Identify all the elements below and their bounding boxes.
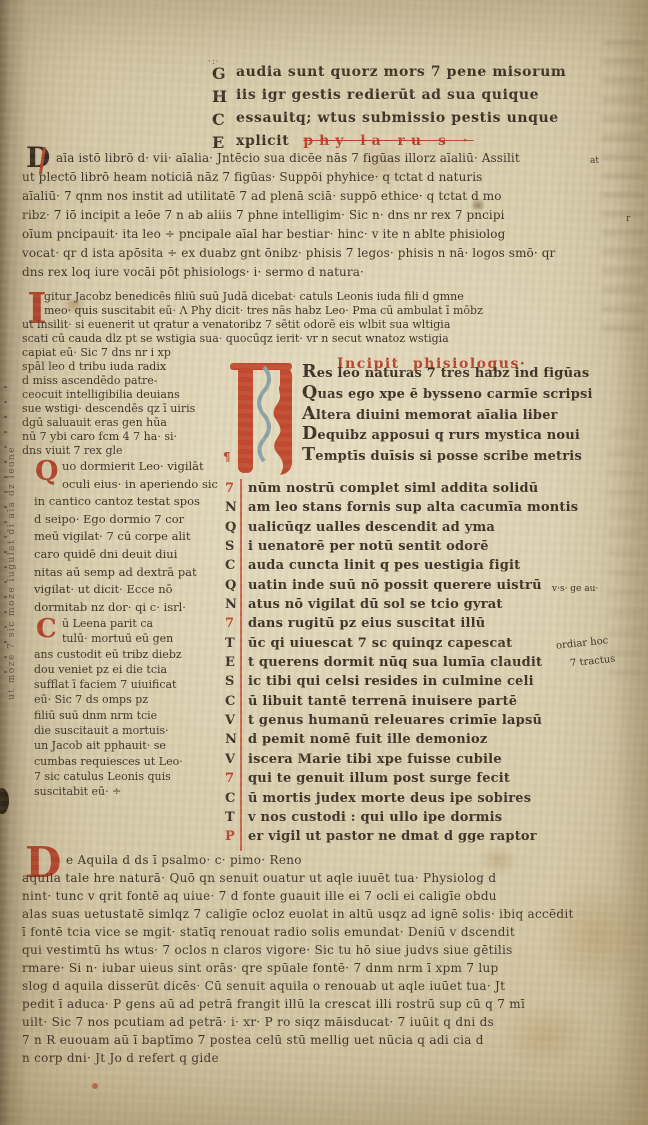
- explicit-red-title: phy la ru s ·: [303, 133, 473, 149]
- verse-line-initial: H: [212, 87, 236, 106]
- versal-letter: V: [225, 752, 239, 767]
- gloss-line: ribz· 7 iō incipit a leōe 7 n ab aliis 7…: [22, 206, 642, 225]
- verse-line-initial: G: [212, 64, 236, 83]
- versal-letter: Q: [225, 520, 239, 535]
- verse-line-text: ualicūqz ualles descendit ad yma: [239, 520, 495, 535]
- verse-line-initial: C: [212, 110, 236, 129]
- margin-note: at: [590, 156, 599, 166]
- verse-line-text: iis igr gestis redierūt ad sua quique: [236, 87, 539, 103]
- verse-line-text: ūc qi uiuescat 7 sc quinqz capescat: [239, 636, 512, 651]
- verse-line: C ū mortis judex morte deus ipe sobires: [225, 791, 578, 810]
- text-line: uo dormierit Leo· vigilāt: [34, 458, 236, 476]
- text-line: ī fontē tcia vice se mgit· statīq renoua…: [22, 923, 644, 941]
- gloss-paragraph: aīa istō librō d· vii· aīalia· Jntēcio s…: [22, 149, 642, 282]
- versal-letter: E: [225, 655, 239, 670]
- text-line: meū vigilat· 7 cū corpe alit: [34, 528, 236, 546]
- text-line: 7 sic catulus Leonis quis: [34, 769, 236, 784]
- text-line: vigilat· ut dicit· Ecce nō: [34, 581, 236, 599]
- verse-line-text: qui te genuit illum post surge fecit: [239, 771, 510, 786]
- verse-line: H iis igr gestis redierūt ad sua quique: [212, 87, 566, 110]
- text-line: cumbas requiesces ut Leo·: [34, 754, 236, 769]
- text-line: die suscitauit a mortuis·: [34, 723, 236, 738]
- bottom-paragraph-aquila: e Aquila d ds ī psalmo· c· pimo· Renoaqu…: [22, 851, 644, 1067]
- margin-note: v·s· ge au·: [552, 584, 598, 594]
- verse-line-text: iscera Marie tibi xpe fuisse cubile: [239, 752, 502, 767]
- verse-line: T v nos custodi : qui ullo ipe dormis: [225, 810, 578, 829]
- vertical-marginalia: ut moze 7 sic moze iugulat di aīa dz leo…: [7, 400, 17, 700]
- text-line: capiat eū· Sic 7 dns nr i xp: [22, 346, 640, 360]
- versal-letter: 7: [225, 616, 239, 631]
- verse-line-text: i uenatorē per notū sentit odorē: [239, 539, 489, 554]
- verse-line-text: uatin inde suū nō possit querere uistrū: [239, 578, 542, 593]
- text-line: aquila tale hre naturā· Quō qn senuit ou…: [22, 869, 644, 887]
- verse-line: C ū libuit tantē terrenā inuisere partē: [225, 694, 578, 713]
- verse-line-text: ū libuit tantē terrenā inuisere partē: [239, 694, 517, 709]
- versal-letter: C: [225, 791, 239, 806]
- versal-letter: N: [225, 597, 239, 612]
- text-line: un Jacob ait pphauit· se: [34, 738, 236, 753]
- text-line: n corp dni· Jt Jo d refert q gide: [22, 1049, 644, 1067]
- verse-line: G audia sunt quorz mors 7 pene misorum: [212, 64, 566, 87]
- text-line: in cantico cantoz testat spos: [34, 493, 236, 511]
- text-line: ans custodit eū tribz diebz: [34, 647, 236, 662]
- text-line: qui vestimtū hs wtus· 7 oclos n claros v…: [22, 941, 644, 959]
- gloss-line: vocat· qr d ista apōsita ÷ ex duabz gnt …: [22, 244, 642, 263]
- text-line: dormitab nz dor· qi c· isrl·: [34, 599, 236, 617]
- text-line: rmare· Si n· iubar uieus sint orās· qre …: [22, 959, 644, 977]
- red-mark: [92, 1083, 98, 1089]
- text-line: pedit ī aduca· P gens aū ad petrā frangi…: [22, 995, 644, 1013]
- versal-letter: 7: [225, 771, 239, 786]
- text-line: gitur Jacobz benedicēs filiū suū Judā di…: [22, 290, 640, 304]
- verse-line: N am leo stans fornis sup alta cacumīa m…: [225, 500, 578, 519]
- verse-line-text: er vigil ut pastor ne dmat d gge raptor: [239, 829, 537, 844]
- verse-line: Res leo naturas 7 tres habz ind figūas: [302, 363, 593, 384]
- verse-line-text: dans rugitū pz eius suscitat illū: [239, 616, 485, 631]
- text-line: alas suas uetustatē simlqz 7 caligīe ocl…: [22, 905, 644, 923]
- text-line: ut insilit· si euenerit ut qratur a vena…: [22, 318, 640, 332]
- verse-line: Q uatin inde suū nō possit querere uistr…: [225, 578, 578, 597]
- text-line: caro quidē dni deuit diui: [34, 546, 236, 564]
- text-line: nint· tunc v qrit fontē aq uiue· 7 d fon…: [22, 887, 644, 905]
- text-line: d seipo· Ego dormio 7 cor: [34, 511, 236, 529]
- verse-line: Q ualicūqz ualles descendit ad yma: [225, 520, 578, 539]
- initial-T-ornament: [228, 361, 298, 479]
- explicit-text: xplicit: [236, 133, 289, 149]
- versal-letter: S: [225, 674, 239, 689]
- verse-line: 7 qui te genuit illum post surge fecit: [225, 771, 578, 790]
- versal-letter: 7: [225, 481, 239, 496]
- verse-line-text: ū mortis judex morte deus ipe sobires: [239, 791, 531, 806]
- verse-line: Temptīs duīsis si posse scribe metris: [302, 446, 593, 467]
- verse-line: E t querens dormit nūq sua lumīa claudit: [225, 655, 578, 674]
- verse-line: C auda cuncta linit q pes uestigia figit: [225, 558, 578, 577]
- verse-column: 7 nūm nostrū complet siml addita solidū …: [225, 481, 578, 849]
- versal-letter: N: [225, 500, 239, 515]
- physiologus-opening-lines: Res leo naturas 7 tres habz ind figūasQu…: [302, 363, 593, 467]
- left-paragraph-leena: ū Leena parit catulū· mortuū eū genans c…: [34, 616, 236, 800]
- text-line: sufflat ī faciem 7 uiuificat: [34, 677, 236, 692]
- verse-line: P er vigil ut pastor ne dmat d gge rapto…: [225, 829, 578, 848]
- text-line: e Aquila d ds ī psalmo· c· pimo· Reno: [22, 851, 644, 869]
- verse-line: S i uenatorē per notū sentit odorē: [225, 539, 578, 558]
- verse-line: C essauitq; wtus submissio pestis unque: [212, 110, 566, 133]
- verse-line-text: v nos custodi : qui ullo ipe dormis: [239, 810, 502, 825]
- text-line: filiū suū dnm nrm tcie: [34, 708, 236, 723]
- verse-line: 7 nūm nostrū complet siml addita solidū: [225, 481, 578, 500]
- verse-line-text: audia sunt quorz mors 7 pene misorum: [236, 64, 566, 80]
- text-line: uilt· Sic 7 nos pcutiam ad petrā· i· xr·…: [22, 1013, 644, 1031]
- text-line: nitas aū semp ad dextrā pat: [34, 564, 236, 582]
- versal-letter: C: [225, 694, 239, 709]
- verse-line-text: t querens dormit nūq sua lumīa claudit: [239, 655, 542, 670]
- versal-letter: Q: [225, 578, 239, 593]
- verse-line: N atus nō vigilat dū sol se tcio gyrat: [225, 597, 578, 616]
- text-line: dou veniet pz ei die tcia: [34, 662, 236, 677]
- gloss-line: oīum pncipauit· ita leo ÷ pncipale aīal …: [22, 225, 642, 244]
- text-line: eū· Sic 7 ds omps pz: [34, 692, 236, 707]
- margin-note: r: [626, 214, 630, 224]
- text-line: suscitabit eū· ÷: [34, 784, 236, 799]
- gloss-line: aīa istō librō d· vii· aīalia· Jntēcio s…: [22, 149, 642, 168]
- verse-line-text: auda cuncta linit q pes uestigia figit: [239, 558, 520, 573]
- versal-letter: N: [225, 732, 239, 747]
- verse-line: S ic tibi qui celsi resides in culmine c…: [225, 674, 578, 693]
- text-line: 7 n R euouam aū ī baptīmo 7 postea celū …: [22, 1031, 644, 1049]
- verse-line: Altera diuini memorat aīalia liber: [302, 405, 593, 426]
- initial-T-drawing: [228, 361, 298, 479]
- text-line: slog d aquila disserūt dicēs· Cū senuit …: [22, 977, 644, 995]
- verse-line-text: ic tibi qui celsi resides in culmine cel…: [239, 674, 534, 689]
- gloss-line: dns rex loq iure vocāi pōt phisiologs· i…: [22, 263, 642, 282]
- text-line: scati cū cauda dlz pt se wstigia sua· qu…: [22, 332, 640, 346]
- top-verse-block: G audia sunt quorz mors 7 pene misorum H…: [212, 64, 566, 156]
- verse-line-text: nūm nostrū complet siml addita solidū: [239, 481, 538, 496]
- versal-letter: S: [225, 539, 239, 554]
- gloss-line: ut plectō librō heam noticiā nāz 7 figūa…: [22, 168, 642, 187]
- verse-line: Quas ego xpe ē bysseno carmīe scripsi: [302, 384, 593, 405]
- text-line: tulū· mortuū eū gen: [34, 631, 236, 646]
- text-line: oculi eius· in aperiendo sic: [34, 476, 236, 494]
- verse-line-text: atus nō vigilat dū sol se tcio gyrat: [239, 597, 503, 612]
- verse-line: V t genus humanū releuares crimīe lapsū: [225, 713, 578, 732]
- verse-line-text: d pemit nomē fuit ille demonioz: [239, 732, 487, 747]
- manuscript-page: ·:· G audia sunt quorz mors 7 pene misor…: [0, 0, 648, 1125]
- verse-line: N d pemit nomē fuit ille demonioz: [225, 732, 578, 751]
- text-line: ū Leena parit ca: [34, 616, 236, 631]
- verse-line: T ūc qi uiuescat 7 sc quinqz capescat: [225, 636, 578, 655]
- left-paragraph-quomodo: uo dormierit Leo· vigilātoculi eius· in …: [34, 458, 236, 616]
- verse-line: Dequibz apposui q rurs mystica noui: [302, 425, 593, 446]
- verse-line-text: am leo stans fornis sup alta cacumīa mon…: [239, 500, 578, 515]
- versal-letter: T: [225, 636, 239, 651]
- verse-line: 7 dans rugitū pz eius suscitat illū: [225, 616, 578, 635]
- versal-letter: V: [225, 713, 239, 728]
- versal-letter: T: [225, 810, 239, 825]
- verse-line: V iscera Marie tibi xpe fuisse cubile: [225, 752, 578, 771]
- versal-letter: C: [225, 558, 239, 573]
- text-line: meo· quis suscitabit eū· Λ Phy dicit· tr…: [22, 304, 640, 318]
- versal-letter: P: [225, 829, 239, 844]
- verse-line-text: t genus humanū releuares crimīe lapsū: [239, 713, 542, 728]
- gloss-line: aīaliū· 7 qnm nos instit ad utilitatē 7 …: [22, 187, 642, 206]
- verse-line-text: essauitq; wtus submissio pestis unque: [236, 110, 559, 126]
- show-through-text: [608, 430, 642, 690]
